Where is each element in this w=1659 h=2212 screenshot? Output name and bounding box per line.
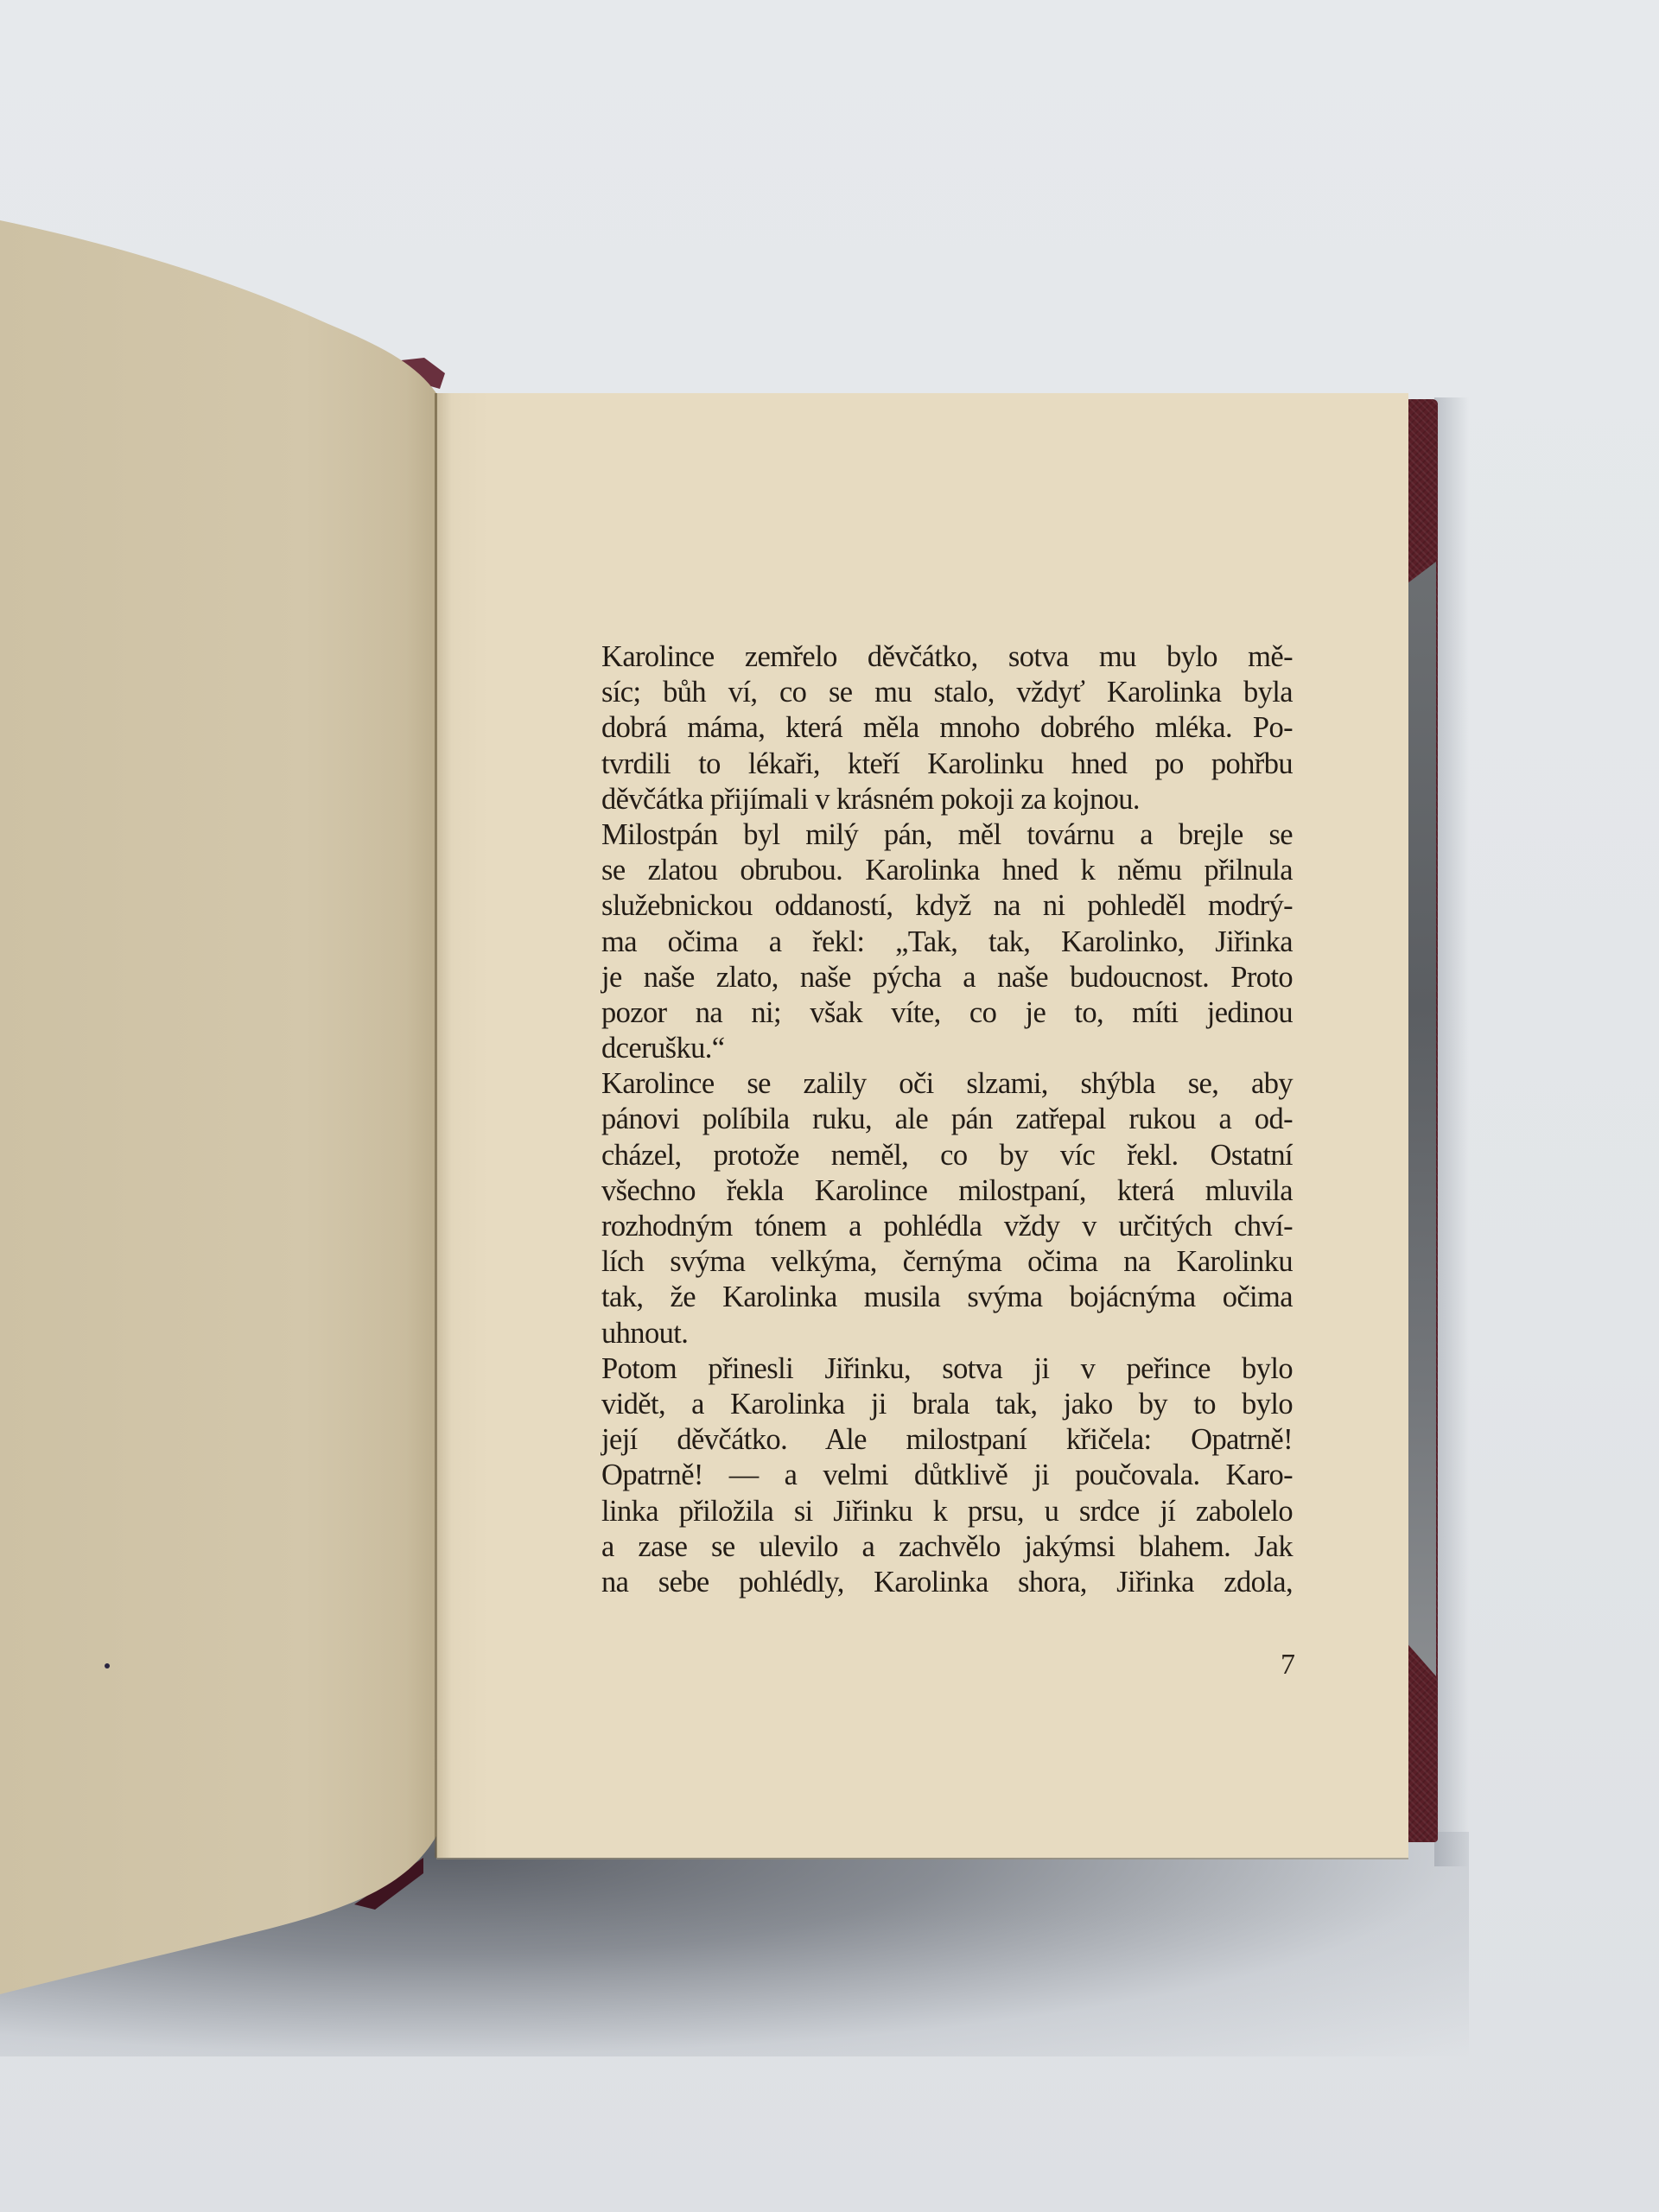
book-gutter xyxy=(435,393,437,1858)
text-line: a zase se ulevilo a zachvělo jakýmsi bla… xyxy=(601,1529,1293,1565)
text-line: vidět, a Karolinka ji brala tak, jako by… xyxy=(601,1387,1293,1422)
text-line: linka přiložila si Jiřinku k prsu, u srd… xyxy=(601,1494,1293,1529)
text-line: její děvčátko. Ale milostpaní křičela: O… xyxy=(601,1422,1293,1458)
book-photo-scene: Karolince zemřelo děvčátko, sotva mu byl… xyxy=(0,0,1659,2212)
book-shadow-right xyxy=(1434,397,1469,1866)
text-line: pozor na ni; však víte, co je to, míti j… xyxy=(601,995,1293,1031)
paragraph: Milostpán byl milý pán, měl továrnu a br… xyxy=(601,817,1293,1066)
text-line: pánovi políbila ruku, ale pán zatřepal r… xyxy=(601,1102,1293,1137)
text-line: děvčátka přijímali v krásném pokoji za k… xyxy=(601,782,1293,817)
page-text-block: Karolince zemřelo děvčátko, sotva mu byl… xyxy=(601,639,1293,1600)
text-line: Potom přinesli Jiřinku, sotva ji v peřin… xyxy=(601,1351,1293,1387)
text-line: dobrá máma, která měla mnoho dobrého mlé… xyxy=(601,710,1293,746)
text-line: na sebe pohlédly, Karolinka shora, Jiřin… xyxy=(601,1565,1293,1600)
text-line: ma očima a řekl: „Tak, tak, Karolinko, J… xyxy=(601,925,1293,960)
text-line: se zlatou obrubou. Karolinka hned k němu… xyxy=(601,853,1293,888)
text-line: tvrdili to lékaři, kteří Karolinku hned … xyxy=(601,747,1293,782)
text-line: Milostpán byl milý pán, měl továrnu a br… xyxy=(601,817,1293,853)
text-line: služebnickou oddaností, když na ni pohle… xyxy=(601,888,1293,924)
page-number: 7 xyxy=(1281,1649,1295,1681)
text-line: je naše zlato, naše pýcha a naše budoucn… xyxy=(601,960,1293,995)
text-line: síc; bůh ví, co se mu stalo, vždyť Karol… xyxy=(601,675,1293,710)
paragraph: Potom přinesli Jiřinku, sotva ji v peřin… xyxy=(601,1351,1293,1600)
text-line: Karolince se zalily oči slzami, shýbla s… xyxy=(601,1066,1293,1102)
text-line: lích svýma velkýma, černýma očima na Kar… xyxy=(601,1244,1293,1280)
text-line: tak, že Karolinka musila svýma bojácnýma… xyxy=(601,1280,1293,1315)
paragraph: Karolince zemřelo děvčátko, sotva mu byl… xyxy=(601,639,1293,817)
book-cover-corner xyxy=(1407,562,1436,1676)
text-line: Opatrně! — a velmi důtklivě ji poučovala… xyxy=(601,1458,1293,1493)
text-line: rozhodným tónem a pohlédla vždy v určitý… xyxy=(601,1209,1293,1244)
text-line: cházel, protože neměl, co by víc řekl. O… xyxy=(601,1138,1293,1173)
text-line: Karolince zemřelo děvčátko, sotva mu byl… xyxy=(601,639,1293,675)
text-line: dcerušku.“ xyxy=(601,1031,1293,1066)
left-page xyxy=(0,0,449,2212)
text-line: všechno řekla Karolince milostpaní, kter… xyxy=(601,1173,1293,1209)
left-page-curved-shape xyxy=(0,0,449,2212)
paragraph: Karolince se zalily oči slzami, shýbla s… xyxy=(601,1066,1293,1351)
text-line: uhnout. xyxy=(601,1316,1293,1351)
